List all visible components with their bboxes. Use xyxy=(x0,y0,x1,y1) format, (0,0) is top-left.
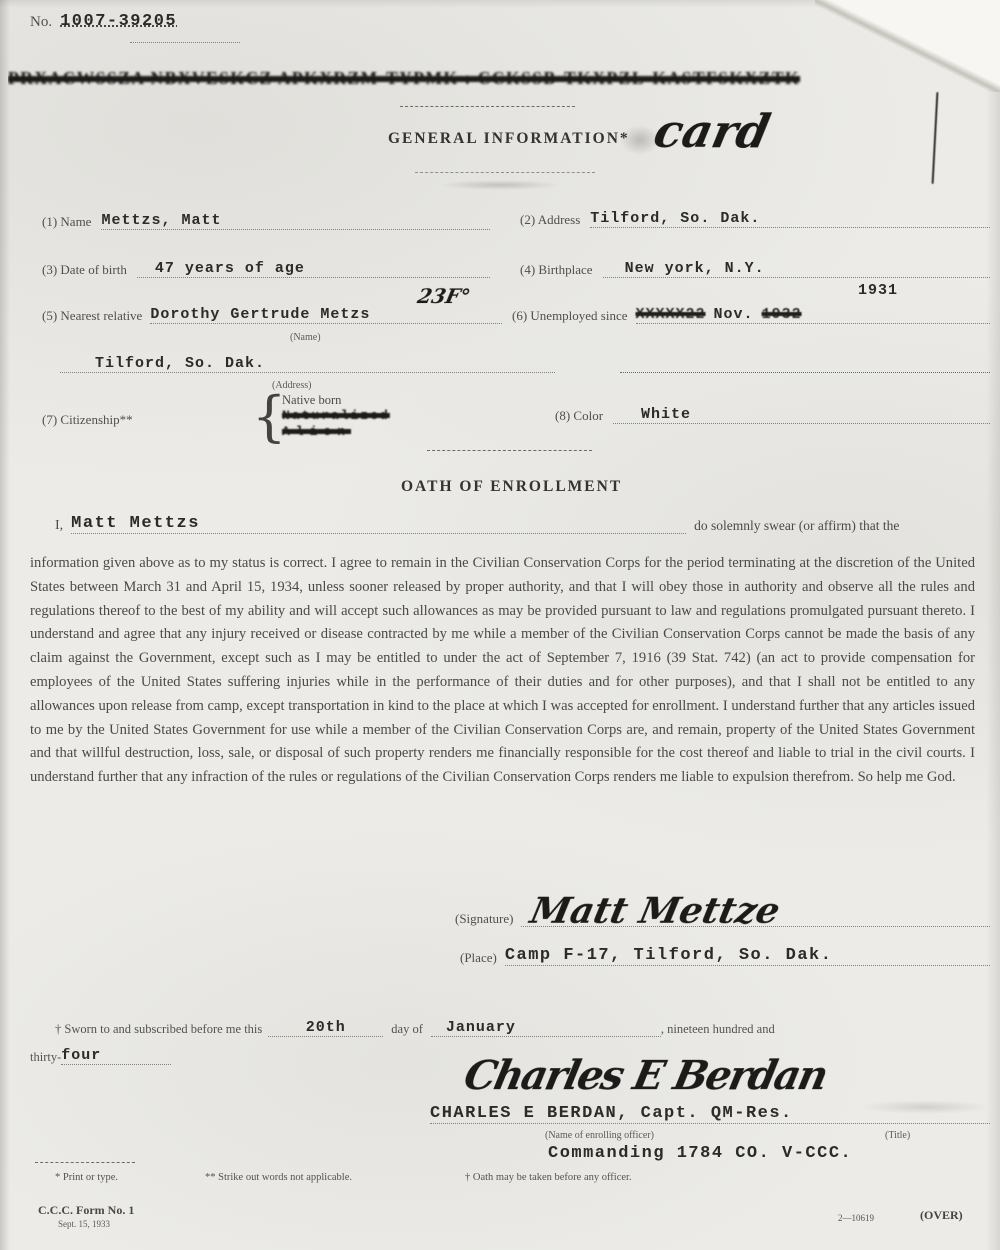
field-birthplace-value: New york, N.Y. xyxy=(625,260,765,277)
scan-smudge xyxy=(440,180,560,190)
officer-title-sublabel: (Title) xyxy=(885,1130,910,1141)
form-number-row: No. 1007-39205 xyxy=(30,12,177,31)
struck-out-title: PRXACWSSZA NBXVESKCZ APKXRZM-TYPMK : CCK… xyxy=(8,68,938,89)
officer-typed-line: CHARLES E BERDAN, Capt. QM-Res. xyxy=(430,1104,793,1123)
field-color: (8) Color White xyxy=(555,408,990,424)
field-dob-label: (3) Date of birth xyxy=(42,262,127,278)
relative-address-value: Tilford, So. Dak. xyxy=(95,355,265,372)
field-name: (1) Name Mettzs, Matt xyxy=(42,212,490,230)
sworn-thirty: thirty- xyxy=(30,1050,61,1065)
citizenship-options: Native born Naturalized Alien xyxy=(282,392,390,440)
oath-top-rule xyxy=(427,450,592,451)
oath-intro-rest: do solemnly swear (or affirm) that the xyxy=(694,518,899,534)
field-citizenship-label: (7) Citizenship** xyxy=(42,412,133,428)
sworn-year-word-value: four xyxy=(61,1047,101,1064)
citizenship-option-native-born: Native born xyxy=(282,392,390,408)
signature-label: (Signature) xyxy=(455,911,513,927)
enrollee-signature: Matt Mettze xyxy=(527,890,784,932)
field-name-label: (1) Name xyxy=(42,214,91,230)
sworn-month-value: January xyxy=(446,1019,516,1036)
oath-intro-pronoun: I, xyxy=(55,518,63,534)
sworn-suffix: , nineteen hundred and xyxy=(661,1022,775,1037)
unemployed-correction-value: 1931 xyxy=(858,282,898,299)
signature-row: (Signature) Matt Mettze xyxy=(455,880,990,927)
field-color-value: White xyxy=(641,406,691,423)
form-number-underline xyxy=(130,42,240,43)
oath-body-paragraph: information given above as to my status … xyxy=(30,552,975,790)
place-label: (Place) xyxy=(460,950,497,966)
place-value: Camp F-17, Tilford, So. Dak. xyxy=(505,946,833,965)
officer-typed-row: CHARLES E BERDAN, Capt. QM-Res. xyxy=(430,1104,990,1124)
field-name-value: Mettzs, Matt xyxy=(101,212,221,229)
footnote-rule xyxy=(35,1162,135,1163)
field-color-label: (8) Color xyxy=(555,408,603,424)
scanned-ccc-form: { "form": { "number_label": "No.", "numb… xyxy=(0,0,1000,1250)
officer-name-sublabel: (Name of enrolling officer) xyxy=(545,1130,654,1141)
officer-signature: Charles E Berdan xyxy=(460,1052,831,1099)
field-birthplace-label: (4) Birthplace xyxy=(520,262,593,278)
form-date: Sept. 15, 1933 xyxy=(58,1219,110,1229)
citizenship-option-alien: Alien xyxy=(282,424,390,440)
sworn-prefix: † Sworn to and subscribed before me this xyxy=(55,1022,262,1037)
place-row: (Place) Camp F-17, Tilford, So. Dak. xyxy=(460,950,990,966)
sworn-day-value: 20th xyxy=(306,1019,346,1036)
handwritten-card-annotation: card xyxy=(649,104,775,158)
form-number-value: 1007-39205 xyxy=(60,12,177,31)
pen-stroke-mark xyxy=(932,92,939,184)
title-top-rule xyxy=(400,106,575,107)
field-dob: (3) Date of birth 47 years of age xyxy=(42,262,490,278)
officer-command-line: Commanding 1784 CO. V-CCC. xyxy=(548,1144,852,1163)
page-title: GENERAL INFORMATION* xyxy=(388,130,630,148)
field-relative: (5) Nearest relative Dorothy Gertrude Me… xyxy=(42,308,502,324)
field-address-label: (2) Address xyxy=(520,212,580,228)
sworn-row: † Sworn to and subscribed before me this… xyxy=(55,1022,990,1037)
relative-address-row: Tilford, So. Dak. xyxy=(60,355,555,373)
title-bottom-rule xyxy=(415,172,595,173)
field-address-value: Tilford, So. Dak. xyxy=(590,210,760,227)
over-label: (OVER) xyxy=(920,1208,963,1223)
citizenship-option-naturalized: Naturalized xyxy=(282,408,390,424)
print-code: 2—10619 xyxy=(838,1213,874,1223)
field-unemployed-label: (6) Unemployed since xyxy=(512,308,628,324)
field-relative-value: Dorothy Gertrude Metzs xyxy=(150,306,370,323)
oath-name-value: Matt Mettzs xyxy=(71,514,200,533)
footnote-strike-out: ** Strike out words not applicable. xyxy=(205,1172,352,1183)
oath-heading: OATH OF ENROLLMENT xyxy=(401,478,622,496)
sworn-year-row: thirty- four xyxy=(30,1050,171,1065)
footnote-oath-officer: † Oath may be taken before any officer. xyxy=(465,1172,632,1183)
sworn-mid: day of xyxy=(391,1022,423,1037)
unemployed-extra-dotline xyxy=(620,372,990,373)
oath-intro-row: I, Matt Mettzs do solemnly swear (or aff… xyxy=(55,518,990,534)
unemployed-struck-prefix: XXXXX22 xyxy=(636,306,706,323)
field-dob-value: 47 years of age xyxy=(155,260,305,277)
field-address: (2) Address Tilford, So. Dak. xyxy=(520,212,990,228)
unemployed-month: Nov. xyxy=(714,306,754,323)
field-birthplace: (4) Birthplace New york, N.Y. xyxy=(520,262,990,278)
handwritten-age-annotation: 23F° xyxy=(415,284,472,308)
field-relative-label: (5) Nearest relative xyxy=(42,308,142,324)
relative-name-sublabel: (Name) xyxy=(290,332,321,343)
unemployed-struck-year: 1932 xyxy=(762,306,802,323)
form-number-label: No. xyxy=(30,14,52,31)
footnote-print-or-type: * Print or type. xyxy=(55,1172,118,1183)
form-id: C.C.C. Form No. 1 xyxy=(38,1203,134,1218)
field-unemployed: (6) Unemployed since XXXXX22 Nov. 1932 xyxy=(512,308,990,324)
